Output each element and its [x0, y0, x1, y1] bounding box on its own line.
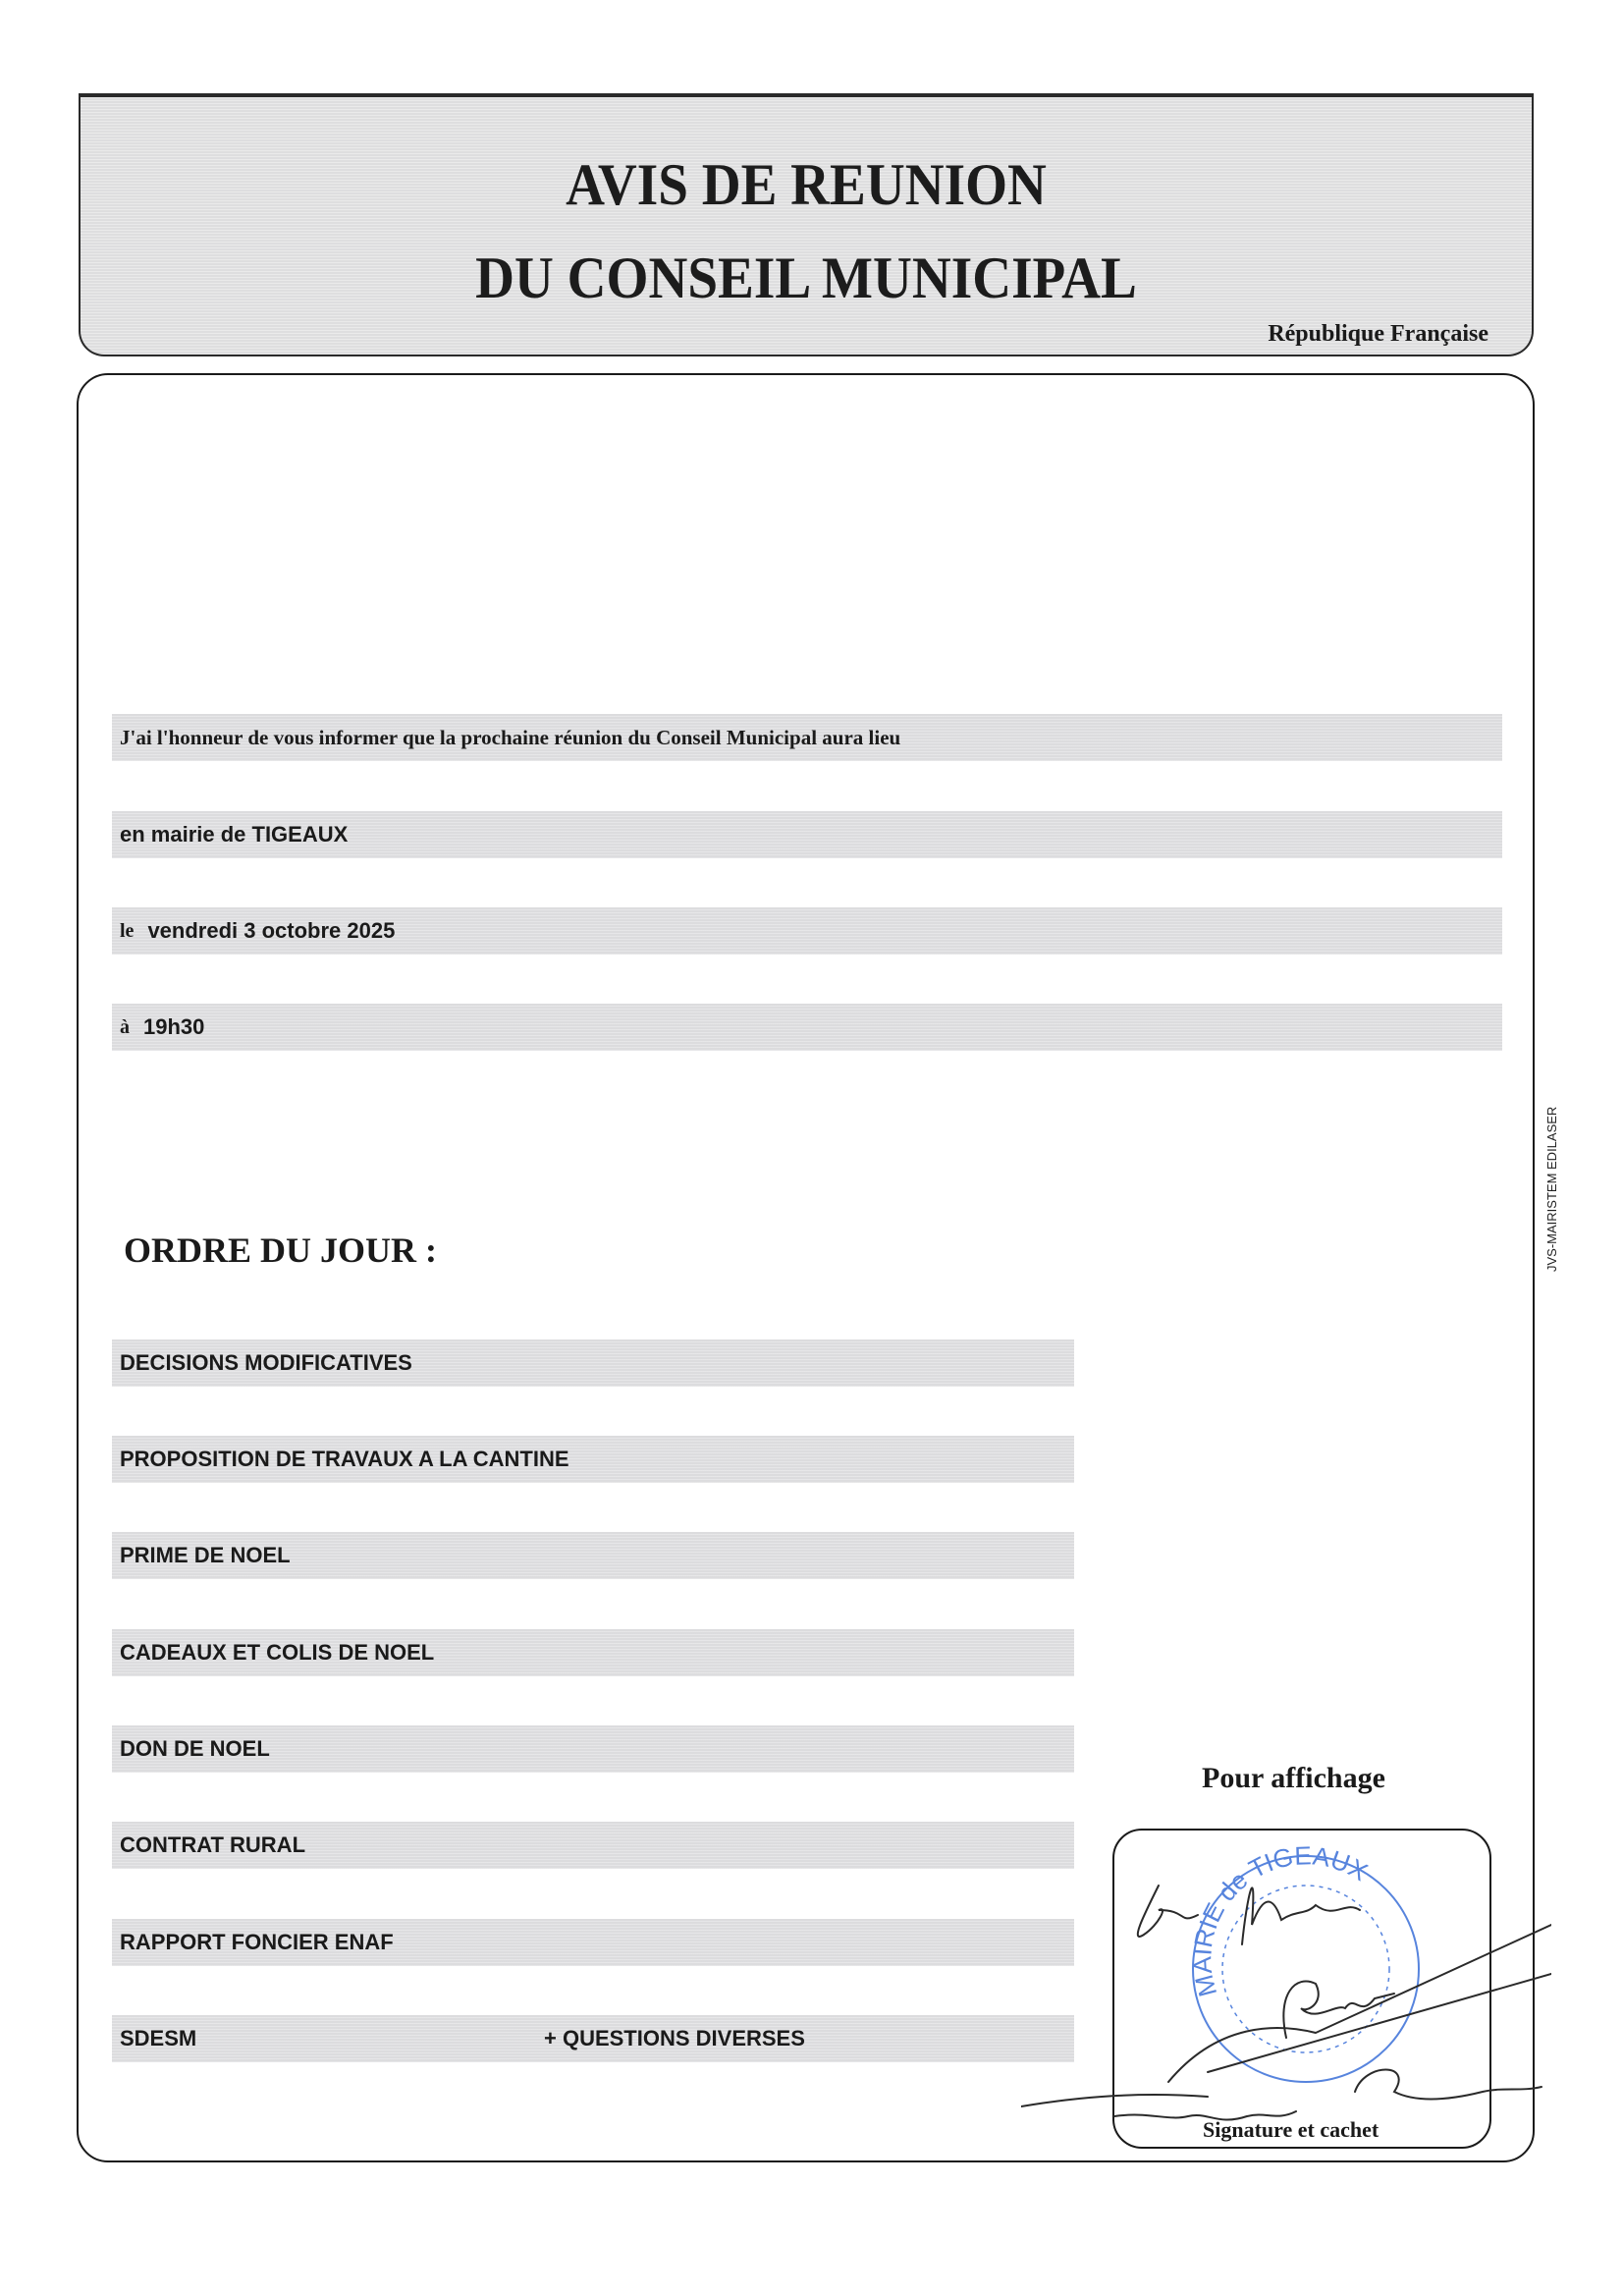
questions-diverses: + QUESTIONS DIVERSES	[544, 2026, 805, 2051]
meeting-location: en mairie de TIGEAUX	[120, 822, 348, 847]
agenda-item: CONTRAT RURAL	[112, 1822, 1074, 1869]
title-line-1: AVIS DE REUNION	[138, 151, 1474, 219]
location-field: en mairie de TIGEAUX	[112, 811, 1502, 858]
agenda-item: RAPPORT FONCIER ENAF	[112, 1919, 1074, 1966]
country-label: République Française	[1268, 321, 1488, 348]
date-field: le vendredi 3 octobre 2025	[112, 907, 1502, 955]
meeting-date: vendredi 3 octobre 2025	[147, 918, 395, 944]
posting-label: Pour affichage	[1202, 1762, 1385, 1795]
document-header: AVIS DE REUNION DU CONSEIL MUNICIPAL Rép…	[79, 93, 1534, 356]
title-line-2: DU CONSEIL MUNICIPAL	[138, 245, 1474, 312]
intro-sentence-field: J'ai l'honneur de vous informer que la p…	[112, 714, 1502, 761]
time-prefix: à	[120, 1016, 130, 1039]
agenda-item: PRIME DE NOEL	[112, 1532, 1074, 1579]
meeting-time: 19h30	[143, 1014, 204, 1040]
agenda-item: DECISIONS MODIFICATIVES	[112, 1339, 1074, 1387]
signature-and-stamp: MAIRIE de TIGEAUX	[1021, 1797, 1551, 2131]
date-prefix: le	[120, 920, 134, 943]
handwritten-signature-icon	[1021, 1886, 1551, 2120]
agenda-item: CADEAUX ET COLIS DE NOEL	[112, 1629, 1074, 1676]
agenda-item: PROPOSITION DE TRAVAUX A LA CANTINE	[112, 1436, 1074, 1483]
agenda-heading: ORDRE DU JOUR :	[124, 1230, 437, 1271]
svg-text:MAIRIE de TIGEAUX: MAIRIE de TIGEAUX	[1187, 1840, 1373, 1999]
stamp-text: MAIRIE de TIGEAUX	[1187, 1840, 1373, 1999]
time-field: à 19h30	[112, 1004, 1502, 1051]
printer-credit: JVS-MAIRISTEM EDILASER	[1544, 1107, 1559, 1272]
signature-label: Signature et cachet	[1203, 2117, 1379, 2143]
intro-sentence: J'ai l'honneur de vous informer que la p…	[120, 726, 900, 750]
agenda-item: SDESM + QUESTIONS DIVERSES	[112, 2015, 1074, 2062]
agenda-item: DON DE NOEL	[112, 1725, 1074, 1773]
